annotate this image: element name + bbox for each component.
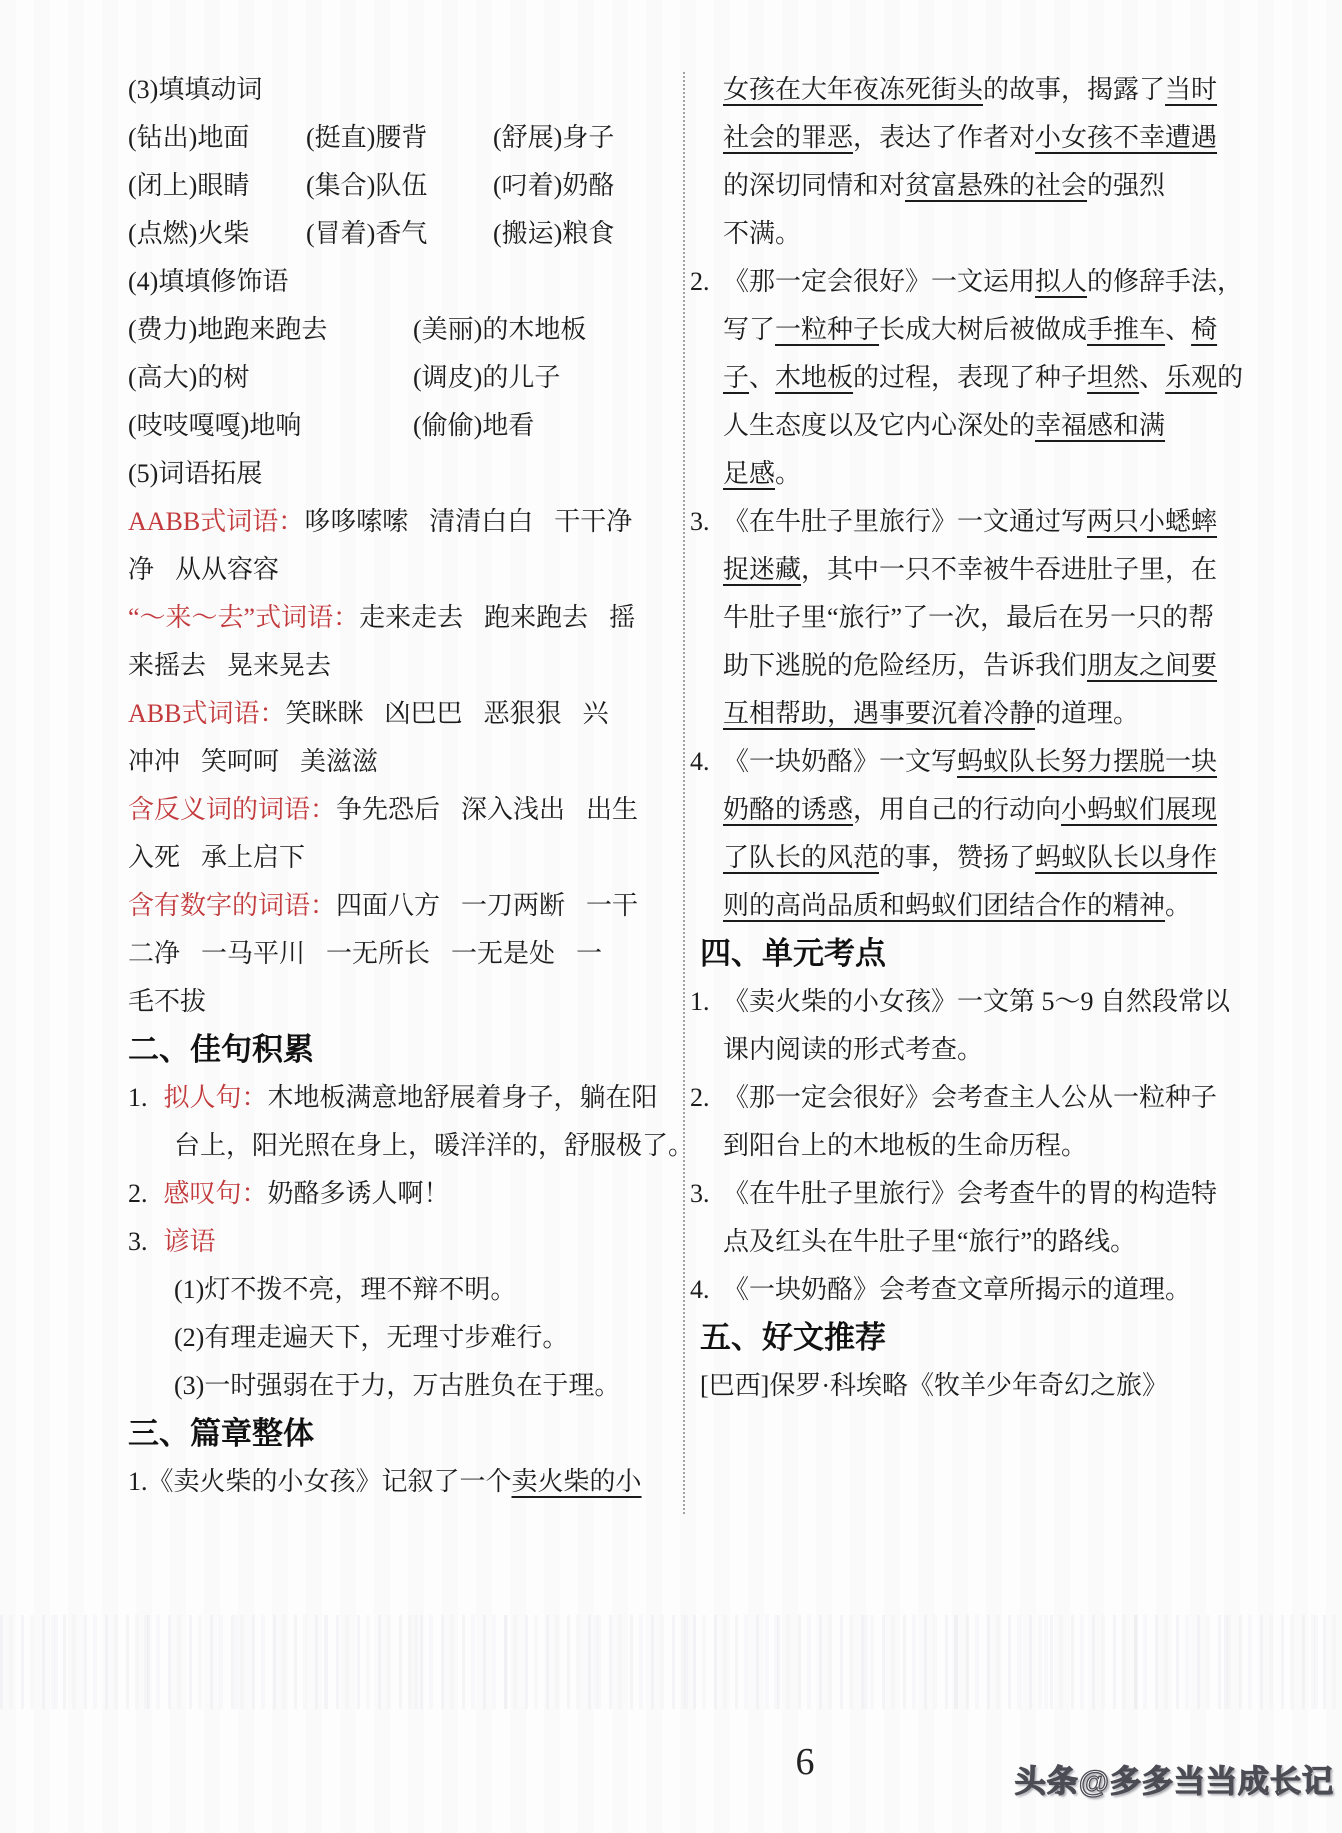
word: 入死 — [128, 843, 180, 872]
overview-item3: 互相帮助，遇事要沉着冷静的道理。 — [690, 690, 1262, 738]
text-segment: 、 — [1165, 315, 1191, 344]
sentence-text: 奶酪多诱人啊！ — [268, 1179, 450, 1208]
text-segment: ，表达了作者对 — [853, 123, 1035, 152]
text-segment: 的事，赞扬了 — [879, 843, 1035, 872]
text-segment-underlined: 坦然 — [1087, 363, 1139, 392]
text-segment-underlined: 当时 — [1165, 75, 1217, 104]
word: 晃来晃去 — [227, 651, 331, 680]
word: 来摇去 — [128, 651, 206, 680]
heading-unit-test-points: 四、单元考点 — [690, 930, 1262, 978]
word: 摇 — [609, 603, 635, 632]
item-number: 2. — [128, 1179, 148, 1208]
heading-sentence-accumulation: 二、佳句积累 — [128, 1026, 616, 1074]
text-segment-underlined: 则的高尚品质和蚂蚁们团结合作的精神 — [723, 891, 1165, 920]
column-divider — [683, 72, 685, 1514]
word: 出生 — [586, 795, 638, 824]
verb-cell: (钻出)地面 — [128, 114, 306, 162]
word: 笑眯眯 — [285, 699, 363, 728]
text-segment: 《卖火柴的小女孩》一文第 5～9 自然段常以 — [723, 987, 1230, 1016]
number-words-line3: 毛不拔 — [128, 978, 616, 1026]
text-segment-underlined: 蚂蚁队长努力摆脱一块 — [957, 747, 1217, 776]
item-number: 4. — [690, 738, 710, 786]
sentence-item-proverbs: 3.谚语 — [128, 1218, 616, 1266]
text-segment: 助下逃脱的危险经历，告诉我们 — [723, 651, 1087, 680]
section-verbs-title: (3)填填动词 — [128, 66, 616, 114]
overview-item3: 助下逃脱的危险经历，告诉我们朋友之间要 — [690, 642, 1262, 690]
text-segment-underlined: 互相帮助，遇事要沉着冷静 — [723, 699, 1035, 728]
word: 毛不拔 — [128, 987, 206, 1016]
word: 笑呵呵 — [201, 747, 279, 776]
verb-fill-row: (闭上)眼睛 (集合)队伍 (叼着)奶酪 — [128, 162, 616, 210]
sentence-item-personification-line2: 台上，阳光照在身上，暖洋洋的，舒服极了。 — [128, 1122, 616, 1170]
text-segment: 《在牛肚子里旅行》一文通过写 — [723, 507, 1087, 536]
text-segment-underlined: 社会的罪恶 — [723, 123, 853, 152]
lai-qu-words-line1: “～来～去”式词语：走来走去跑来跑去摇 — [128, 594, 616, 642]
text-segment: 长成大树后被做成 — [879, 315, 1087, 344]
text-segment: 、 — [749, 363, 775, 392]
word: 争先恐后 — [336, 795, 440, 824]
word-type-label: 含反义词的词语： — [128, 795, 336, 824]
lai-qu-words-line2: 来摇去晃来晃去 — [128, 642, 616, 690]
text-segment-underlined: 椅 — [1191, 315, 1217, 344]
text-segment-underlined: 一粒种子 — [775, 315, 879, 344]
word: 一马平川 — [201, 939, 305, 968]
text-segment: 不满。 — [723, 219, 801, 248]
text-segment: 《在牛肚子里旅行》会考查牛的胃的构造特 — [723, 1179, 1217, 1208]
item-number: 1. — [128, 1467, 148, 1496]
verb-cell: (闭上)眼睛 — [128, 162, 306, 210]
overview-item1-continuation: 不满。 — [690, 210, 1262, 258]
section-modifiers-title: (4)填填修饰语 — [128, 258, 616, 306]
text-segment-underlined: 卖火柴的小 — [512, 1467, 642, 1496]
modifier-fill-row: (费力)地跑来跑去 (美丽)的木地板 — [128, 306, 616, 354]
text-segment-underlined: 蚂蚁队长以身作 — [1035, 843, 1217, 872]
text-segment-underlined: 贫富悬殊的社会 — [905, 171, 1087, 200]
word: 干干净 — [554, 507, 632, 536]
modifier-cell: (费力)地跑来跑去 — [128, 306, 413, 354]
item-number: 2. — [690, 1074, 710, 1122]
text-segment-underlined: 足感 — [723, 459, 775, 488]
text-segment: 《卖火柴的小女孩》记叙了一个 — [148, 1467, 512, 1496]
proverb-item: (1)灯不拨不亮，理不辩不明。 — [128, 1266, 616, 1314]
word: 净 — [128, 555, 154, 584]
aabb-words-line1: AABB式词语：哆哆嗦嗦清清白白干干净 — [128, 498, 616, 546]
text-segment-underlined: 幸福感和满 — [1035, 411, 1165, 440]
text-segment-underlined: 木地板 — [775, 363, 853, 392]
text-segment-underlined: 小女孩不幸遭遇 — [1035, 123, 1217, 152]
word: 清清白白 — [429, 507, 533, 536]
verb-cell: (集合)队伍 — [306, 162, 493, 210]
test-point-item1: 课内阅读的形式考查。 — [690, 1026, 1262, 1074]
right-column: 女孩在大年夜冻死街头的故事，揭露了当时 社会的罪恶，表达了作者对小女孩不幸遭遇 … — [690, 66, 1262, 1410]
word-type-label: 含有数字的词语： — [128, 891, 336, 920]
text-overview-item1-line1: 1.《卖火柴的小女孩》记叙了一个卖火柴的小 — [128, 1458, 616, 1506]
word: 冲冲 — [128, 747, 180, 776]
verb-cell: (挺直)腰背 — [306, 114, 493, 162]
sentence-item-personification-line1: 1.拟人句：木地板满意地舒展着身子，躺在阳 — [128, 1074, 616, 1122]
modifier-fill-row: (高大)的树 (调皮)的儿子 — [128, 354, 616, 402]
verb-cell: (舒展)身子 — [493, 114, 616, 162]
abb-words-line2: 冲冲笑呵呵美滋滋 — [128, 738, 616, 786]
sentence-type-label: 感叹句： — [164, 1179, 268, 1208]
text-segment: 《那一定会很好》一文运用 — [723, 267, 1035, 296]
word-type-label: “～来～去”式词语： — [128, 603, 359, 632]
text-segment-underlined: 朋友之间要 — [1087, 651, 1217, 680]
modifier-fill-row: (吱吱嘎嘎)地响 (偷偷)地看 — [128, 402, 616, 450]
text-segment: 《一块奶酪》会考查文章所揭示的道理。 — [723, 1275, 1191, 1304]
verb-cell: (点燃)火柴 — [128, 210, 306, 258]
test-point-item1: 1.《卖火柴的小女孩》一文第 5～9 自然段常以 — [690, 978, 1262, 1026]
word: 一 — [576, 939, 602, 968]
text-segment-underlined: 拟人 — [1035, 267, 1087, 296]
modifier-cell: (吱吱嘎嘎)地响 — [128, 402, 413, 450]
word: 四面八方 — [336, 891, 440, 920]
test-point-item2: 2.《那一定会很好》会考查主人公从一粒种子 — [690, 1074, 1262, 1122]
sentence-item-exclamation: 2.感叹句：奶酪多诱人啊！ — [128, 1170, 616, 1218]
overview-item3: 牛肚子里“旅行”了一次，最后在另一只的帮 — [690, 594, 1262, 642]
faded-print-artifact-band — [0, 1615, 1342, 1709]
text-segment: 点及红头在牛肚子里“旅行”的路线。 — [723, 1227, 1136, 1256]
recommended-book: [巴西]保罗·科埃略《牧羊少年奇幻之旅》 — [690, 1362, 1262, 1410]
text-segment: 、 — [1139, 363, 1165, 392]
word: 哆哆嗦嗦 — [304, 507, 408, 536]
text-segment-underlined: 了队长的风范 — [723, 843, 879, 872]
text-segment: 的深切同情和对 — [723, 171, 905, 200]
modifier-cell: (调皮)的儿子 — [413, 354, 616, 402]
overview-item3: 捉迷藏，其中一只不幸被牛吞进肚子里，在 — [690, 546, 1262, 594]
overview-item3: 3.《在牛肚子里旅行》一文通过写两只小蟋蟀 — [690, 498, 1262, 546]
overview-item2: 写了一粒种子长成大树后被做成手推车、椅 — [690, 306, 1262, 354]
word: 兴 — [583, 699, 609, 728]
word: 一无所长 — [326, 939, 430, 968]
section-word-expansion-title: (5)词语拓展 — [128, 450, 616, 498]
overview-item2: 2.《那一定会很好》一文运用拟人的修辞手法， — [690, 258, 1262, 306]
word: 跑来跑去 — [484, 603, 588, 632]
item-number: 3. — [690, 498, 710, 546]
sentence-text: 木地板满意地舒展着身子，躺在阳 — [268, 1083, 658, 1112]
text-segment-underlined: 两只小蟋蟀 — [1087, 507, 1217, 536]
verb-fill-row: (点燃)火柴 (冒着)香气 (搬运)粮食 — [128, 210, 616, 258]
word: 一干 — [586, 891, 638, 920]
word: 美滋滋 — [300, 747, 378, 776]
test-point-item3: 点及红头在牛肚子里“旅行”的路线。 — [690, 1218, 1262, 1266]
text-segment: ，用自己的行动向 — [853, 795, 1061, 824]
modifier-cell: (高大)的树 — [128, 354, 413, 402]
text-segment-underlined: 子 — [723, 363, 749, 392]
aabb-words-line2: 净从从容容 — [128, 546, 616, 594]
text-segment: 的故事，揭露了 — [983, 75, 1165, 104]
antonym-words-line1: 含反义词的词语：争先恐后深入浅出出生 — [128, 786, 616, 834]
word: 二净 — [128, 939, 180, 968]
verb-cell: (搬运)粮食 — [493, 210, 616, 258]
heading-recommended-reading: 五、好文推荐 — [690, 1314, 1262, 1362]
text-segment-underlined: 手推车 — [1087, 315, 1165, 344]
verb-cell: (叼着)奶酪 — [493, 162, 616, 210]
antonym-words-line2: 入死承上启下 — [128, 834, 616, 882]
page-number: 6 — [770, 1740, 840, 1784]
number-words-line1: 含有数字的词语：四面八方一刀两断一干 — [128, 882, 616, 930]
number-words-line2: 二净一马平川一无所长一无是处一 — [128, 930, 616, 978]
overview-item4: 则的高尚品质和蚂蚁们团结合作的精神。 — [690, 882, 1262, 930]
test-point-item4: 4.《一块奶酪》会考查文章所揭示的道理。 — [690, 1266, 1262, 1314]
text-segment-underlined: 捉迷藏 — [723, 555, 801, 584]
word: 走来走去 — [359, 603, 463, 632]
item-number: 4. — [690, 1266, 710, 1314]
text-segment-underlined: 乐观 — [1165, 363, 1217, 392]
word: 深入浅出 — [461, 795, 565, 824]
left-column: (3)填填动词 (钻出)地面 (挺直)腰背 (舒展)身子 (闭上)眼睛 (集合)… — [128, 66, 616, 1506]
text-segment: 牛肚子里“旅行”了一次，最后在另一只的帮 — [723, 603, 1214, 632]
text-segment: ，其中一只不幸被牛吞进肚子里，在 — [801, 555, 1217, 584]
text-segment: 人生态度以及它内心深处的 — [723, 411, 1035, 440]
word: 从从容容 — [175, 555, 279, 584]
word-type-label: ABB式词语： — [128, 699, 285, 728]
text-segment: 课内阅读的形式考查。 — [723, 1035, 983, 1064]
word: 一刀两断 — [461, 891, 565, 920]
verb-fill-row: (钻出)地面 (挺直)腰背 (舒展)身子 — [128, 114, 616, 162]
word: 承上启下 — [201, 843, 305, 872]
proverb-item: (2)有理走遍天下，无理寸步难行。 — [128, 1314, 616, 1362]
word: 凶巴巴 — [384, 699, 462, 728]
text-segment: 的过程，表现了种子 — [853, 363, 1087, 392]
text-segment: 的道理。 — [1035, 699, 1139, 728]
text-segment: 《一块奶酪》一文写 — [723, 747, 957, 776]
proverb-item: (3)一时强弱在于力，万古胜负在于理。 — [128, 1362, 616, 1410]
overview-item4: 奶酪的诱惑，用自己的行动向小蚂蚁们展现 — [690, 786, 1262, 834]
verb-cell: (冒着)香气 — [306, 210, 493, 258]
item-number: 1. — [690, 978, 710, 1026]
text-segment-underlined: 女孩在大年夜冻死街头 — [723, 75, 983, 104]
text-segment: 的修辞手法， — [1087, 267, 1243, 296]
watermark-text: 头条@多多当当成长记 — [1015, 1756, 1334, 1801]
overview-item4: 4.《一块奶酪》一文写蚂蚁队长努力摆脱一块 — [690, 738, 1262, 786]
word: 恶狠狠 — [484, 699, 562, 728]
text-segment-underlined: 奶酪的诱惑 — [723, 795, 853, 824]
word: 一无是处 — [451, 939, 555, 968]
sentence-type-label: 谚语 — [164, 1227, 216, 1256]
test-point-item3: 3.《在牛肚子里旅行》会考查牛的胃的构造特 — [690, 1170, 1262, 1218]
text-segment: 的强烈 — [1087, 171, 1165, 200]
overview-item2: 子、木地板的过程，表现了种子坦然、乐观的 — [690, 354, 1262, 402]
sentence-type-label: 拟人句： — [164, 1083, 268, 1112]
modifier-cell: (美丽)的木地板 — [413, 306, 616, 354]
overview-item1-continuation: 社会的罪恶，表达了作者对小女孩不幸遭遇 — [690, 114, 1262, 162]
word-type-label: AABB式词语： — [128, 507, 304, 536]
test-point-item2: 到阳台上的木地板的生命历程。 — [690, 1122, 1262, 1170]
item-number: 2. — [690, 258, 710, 306]
text-segment: 写了 — [723, 315, 775, 344]
modifier-cell: (偷偷)地看 — [413, 402, 616, 450]
overview-item1-continuation: 女孩在大年夜冻死街头的故事，揭露了当时 — [690, 66, 1262, 114]
text-segment: 的 — [1217, 363, 1243, 392]
scanned-study-notes-page: { "page": { "number": "6", "watermark": … — [0, 0, 1342, 1833]
text-segment: 《那一定会很好》会考查主人公从一粒种子 — [723, 1083, 1217, 1112]
item-number: 3. — [128, 1227, 148, 1256]
item-number: 3. — [690, 1170, 710, 1218]
overview-item2: 足感。 — [690, 450, 1262, 498]
text-segment: 。 — [1165, 891, 1191, 920]
overview-item1-continuation: 的深切同情和对贫富悬殊的社会的强烈 — [690, 162, 1262, 210]
text-segment: 。 — [775, 459, 801, 488]
abb-words-line1: ABB式词语：笑眯眯凶巴巴恶狠狠兴 — [128, 690, 616, 738]
item-number: 1. — [128, 1083, 148, 1112]
overview-item4: 了队长的风范的事，赞扬了蚂蚁队长以身作 — [690, 834, 1262, 882]
heading-text-overview: 三、篇章整体 — [128, 1410, 616, 1458]
text-segment-underlined: 小蚂蚁们展现 — [1061, 795, 1217, 824]
overview-item2: 人生态度以及它内心深处的幸福感和满 — [690, 402, 1262, 450]
text-segment: 到阳台上的木地板的生命历程。 — [723, 1131, 1087, 1160]
